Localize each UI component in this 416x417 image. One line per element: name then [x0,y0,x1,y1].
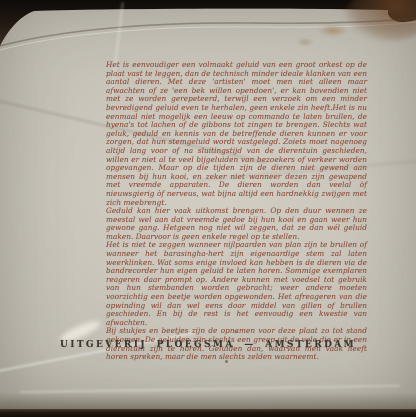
stain-small [318,24,348,37]
ink-speck [225,360,228,363]
sleeve-top-edge [0,0,416,60]
liner-notes-text-block: Het is eenvoudiger een volmaakt geluid v… [106,61,367,362]
body-paragraph: Het is niet te zeggen wanneer nijlpaarde… [106,241,367,327]
bottom-edge-shadow [0,392,416,410]
publisher-imprint: UITGEVERIJ PLOEGSMA — AMSTERDAM [0,340,416,350]
sleeve-bottom-edge [0,409,416,417]
record-sleeve-back-photo: Het is eenvoudiger een volmaakt geluid v… [0,0,416,417]
stain-top-right [344,0,416,42]
printer-mark: * [231,329,241,339]
body-paragraph: Het is eenvoudiger een volmaakt geluid v… [106,61,367,207]
stain-faint [296,38,314,46]
body-paragraph: Geduld kan hier vaak uitkomst brengen. O… [106,207,367,241]
